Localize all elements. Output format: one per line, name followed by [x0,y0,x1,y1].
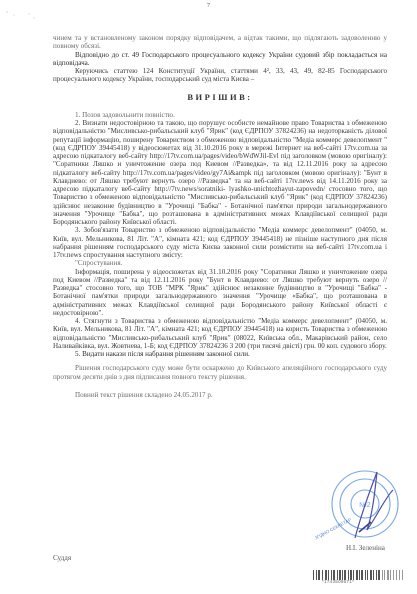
refutation-body: Інформація, поширена у відеосюжетах від … [53,268,387,318]
refutation-title: "Спростування. [53,259,387,267]
court-stamp: №2 ЗГІДНО СЕКРЕТАР [315,468,403,556]
appeal-note: Рішення господарського суду може бути ос… [53,364,387,381]
paragraph-guided-by: Керуючись статтею 124 Конституції Україн… [53,67,387,84]
document-body: чинем та у встановленому законом порядку… [53,34,387,399]
barcode [313,567,405,577]
paragraph-court-fee: Відповідно до ст. 49 Господарського проц… [53,51,387,68]
ruling-item-4: 4. Стягнути з Товариства з обмеженою від… [53,317,387,350]
full-text-date: Повний текст рішення складено 24.05.2017… [53,391,387,399]
stamp-copy-text: ЗГІДНО СЕКРЕТАР [315,517,352,541]
ruling-item-2: 2. Визнати недостовірною та такою, що по… [53,119,387,226]
ruling-item-1: 1. Позов задовольнити повністю. [53,111,387,119]
judge-role-label: Суддя [53,554,71,562]
ruling-item-5: 5. Видати накази після набрання рішенням… [53,350,387,358]
scan-specks [4,6,44,31]
ruling-item-3: 3. Зобов'язати Товариство з обмеженою ві… [53,226,387,259]
page-number: 7 [0,3,417,9]
ruling-heading: ВИРІШИВ: [53,93,387,101]
paragraph-intro: чинем та у встановленому законом порядку… [53,34,387,51]
judge-name: Н.І. Зеленіна [346,544,385,552]
barcode-number: *1743509671* [322,579,354,584]
